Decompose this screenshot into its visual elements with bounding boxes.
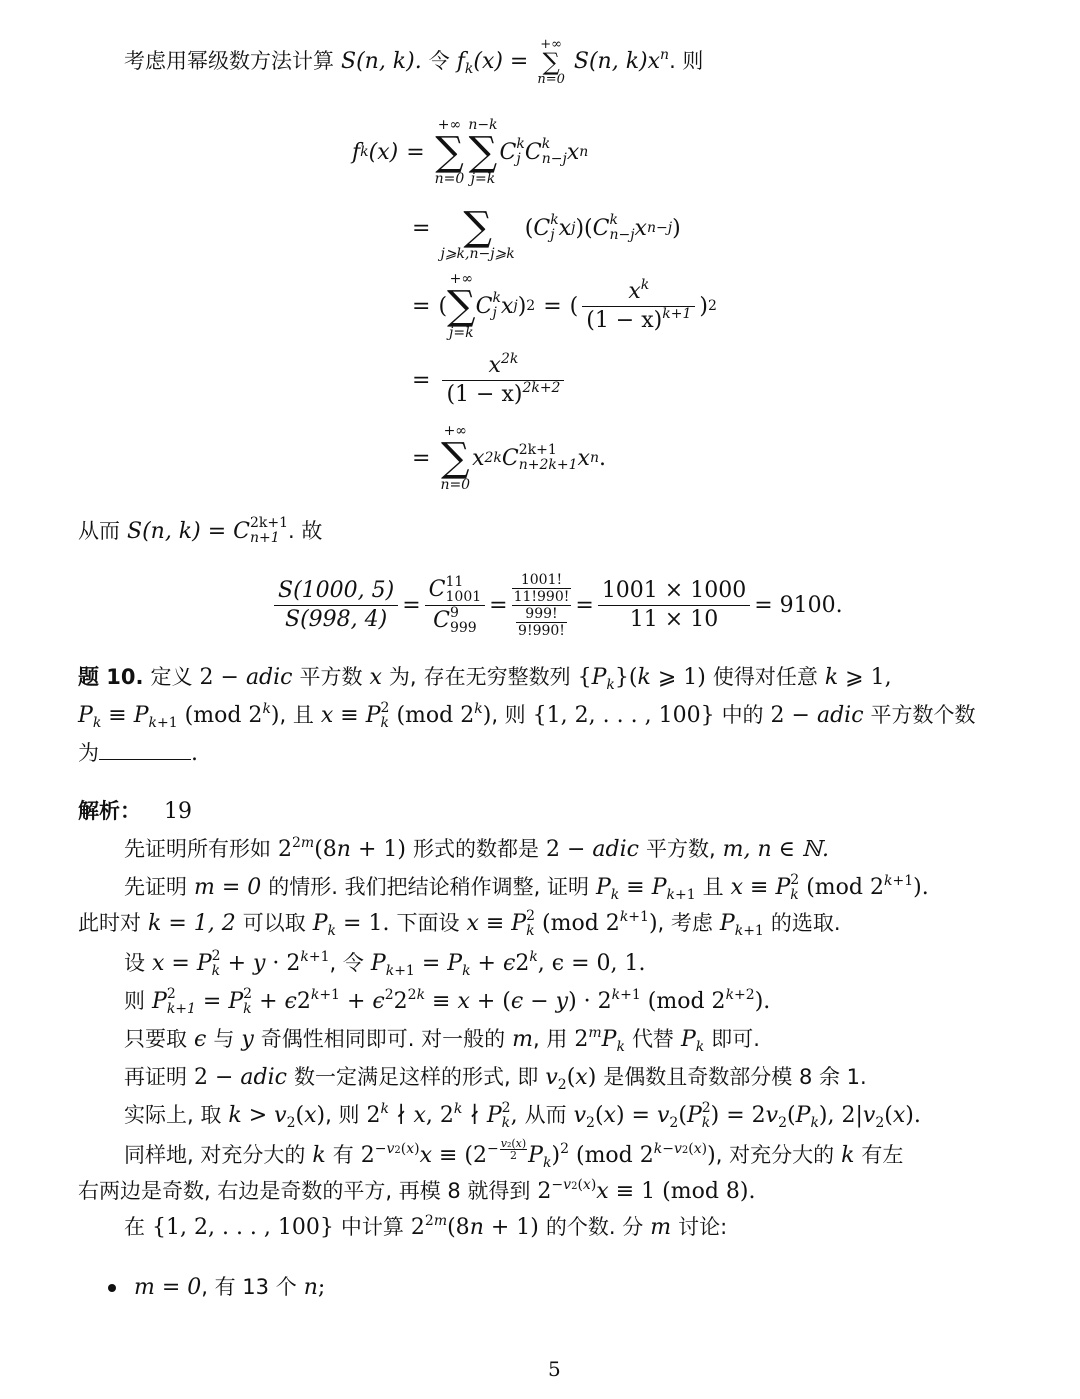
C: C	[525, 140, 542, 165]
text: 为,	[389, 665, 417, 689]
text: 平方数,	[646, 837, 716, 861]
equals: =	[412, 368, 430, 393]
fraction: C111001 C9999	[425, 575, 485, 636]
problem-label: 题 10.	[78, 665, 144, 689]
x: x	[578, 446, 590, 471]
adic: adic	[246, 665, 293, 690]
expr: k = 1, 2	[148, 911, 236, 936]
script: kn−j	[609, 213, 634, 243]
text: 代替	[632, 1027, 674, 1051]
text: , 考虑	[658, 911, 713, 935]
sup: k+1	[662, 306, 691, 322]
sum-body-sup: n	[660, 47, 669, 63]
script: 2k	[526, 909, 535, 939]
num: 1001 × 1000	[598, 577, 750, 605]
mod: mod	[815, 875, 863, 900]
text: 即可.	[711, 1027, 760, 1051]
num: 1001!	[519, 572, 564, 588]
text: 右两边是奇数, 右边是奇数的平方, 再模 8 就得到	[78, 1179, 530, 1203]
mod: mod	[405, 703, 453, 728]
lim: j=k	[471, 171, 496, 187]
fraction: xk (1 − x)k+1	[582, 278, 695, 335]
sub: 1001	[446, 590, 482, 605]
paren: (	[525, 216, 534, 241]
text: 平方数个数	[871, 703, 976, 727]
sup: 2k+1	[519, 443, 578, 458]
sup: 9	[450, 606, 477, 621]
sigma-glyph: ∑	[543, 51, 560, 73]
x: x	[628, 279, 640, 304]
bullet-item-1: m = 0, 有 13 个 n;	[108, 1272, 325, 1303]
problem-line-3: 为.	[78, 738, 198, 769]
sup: 2k+2	[522, 380, 560, 396]
sub: n−j	[542, 152, 567, 167]
C: C	[502, 446, 519, 471]
paren: )	[699, 294, 708, 319]
sup: n−j	[647, 220, 672, 236]
lhs-sub: k	[360, 144, 368, 160]
sigma-glyph: ∑	[441, 439, 470, 477]
text: 则	[338, 1103, 359, 1127]
mod: mod	[551, 911, 599, 936]
sum-j: n−k ∑ j=k	[468, 117, 497, 187]
text: 下面设	[396, 911, 459, 935]
derivation-row-5: = +∞ ∑ n=0 x2kC 2k+1n+2k+1 xn.	[412, 418, 606, 498]
den: 11 × 10	[626, 606, 722, 634]
sum-n: +∞ ∑ n=0	[435, 117, 465, 187]
text: 在	[124, 1215, 145, 1239]
derivation-row-3: = ( +∞ ∑ j=k C kj xj)2 = ( xk (1 − x)k+1…	[412, 266, 717, 346]
intro-ling: 令	[429, 49, 450, 73]
equals: =	[412, 446, 430, 471]
ratio-equation: S(1000, 5) S(998, 4) = C111001 C9999 = 1…	[270, 570, 843, 640]
text: 此时对	[78, 911, 141, 935]
solution-para-3: 此时对 k = 1, 2 可以取 Pk = 1. 下面设 x ≡ P2k (mo…	[78, 908, 841, 939]
C: C	[476, 294, 493, 319]
text: 从而	[525, 1103, 567, 1127]
C: C	[429, 577, 446, 602]
solution-para-8: 实际上, 取 k > v2(x), 则 2k ∤ x, 2k ∤ P2k, 从而…	[124, 1100, 921, 1131]
den-text: (1 − x)	[586, 308, 662, 333]
conclusion-line: 从而 S(n, k) = C2k+1n+1. 故	[78, 516, 322, 547]
equals: =	[575, 593, 593, 618]
sup: k	[542, 137, 567, 152]
text: , 则	[491, 703, 525, 727]
expr: m = 0	[134, 1275, 201, 1300]
sub: 999	[450, 621, 477, 636]
text: 数一定满足这样的形式, 即	[294, 1065, 538, 1089]
sub: n+1	[250, 531, 288, 546]
text: 实际上, 取	[124, 1103, 221, 1127]
sum-body: S(n, k)x	[574, 49, 660, 74]
paren: (	[438, 294, 447, 319]
solution-para-7: 再证明 2 − adic 数一定满足这样的形式, 即 v2(x) 是偶数且奇数部…	[124, 1062, 867, 1093]
sub: j	[550, 228, 558, 243]
intro-expr: S(n, k).	[341, 49, 422, 74]
x: x	[567, 140, 579, 165]
script: kj	[516, 137, 524, 167]
problem-line-1: 题 10. 定义 2 − adic 平方数 x 为, 存在无穷整数列 {Pk}(…	[78, 662, 892, 693]
sup: k	[609, 213, 634, 228]
text: 有左	[861, 1143, 903, 1167]
sup: k	[516, 137, 524, 152]
text: 奇偶性相同即可. 对一般的	[261, 1027, 505, 1051]
sup: n	[590, 450, 599, 466]
text: 同样地, 对充分大的	[124, 1143, 305, 1167]
paren: )	[518, 294, 527, 319]
sum-lower: n=0	[537, 73, 565, 86]
sup: 2k	[501, 351, 518, 367]
script: 2k+1n+2k+1	[519, 443, 578, 473]
text: 有	[333, 1143, 354, 1167]
text: 与	[213, 1027, 234, 1051]
mod: mod	[585, 1143, 633, 1168]
den-text: (1 − x)	[446, 382, 522, 407]
script: 2k+1n+1	[250, 516, 288, 546]
text: 则	[124, 989, 145, 1013]
solution-para-10: 右两边是奇数, 右边是奇数的平方, 再模 8 就得到 2−v2(x)x ≡ 1 …	[78, 1176, 756, 1207]
solution-para-5: 则 P2k+1 = P2k + ϵ2k+1 + ϵ222k ≡ x + (ϵ −…	[124, 986, 770, 1017]
period: .	[599, 446, 606, 471]
x: x	[472, 446, 484, 471]
adic: adic	[592, 837, 639, 862]
equals: =	[412, 294, 430, 319]
den: 9!990!	[516, 623, 567, 639]
script: 2k	[702, 1101, 711, 1131]
script: 111001	[446, 575, 482, 605]
text: 存在无穷整数列	[424, 665, 571, 689]
C: C	[433, 608, 450, 633]
script: kj	[492, 291, 500, 321]
fraction: 1001 × 1000 11 × 10	[598, 577, 750, 634]
script: 2k	[212, 949, 221, 979]
sigma-glyph: ∑	[435, 133, 464, 171]
sup: k	[550, 213, 558, 228]
sigma-glyph: ∑	[469, 133, 498, 171]
lim: j⩾k,n−j⩾k	[440, 246, 514, 262]
mod: mod	[656, 989, 704, 1014]
fraction: 999! 9!990!	[516, 606, 567, 639]
text: 中的	[722, 703, 764, 727]
sum-cond: ∑ j⩾k,n−j⩾k	[440, 208, 514, 262]
text: 平方数	[300, 665, 363, 689]
sub: n−j	[609, 228, 634, 243]
solution-para-1: 先证明所有形如 22m(8n + 1) 形式的数都是 2 − adic 平方数,…	[124, 834, 829, 865]
sigma-glyph: ∑	[463, 208, 492, 246]
text: 使得对任意	[713, 665, 818, 689]
sum-jk: +∞ ∑ j=k	[447, 271, 476, 341]
text: 先证明所有形如	[124, 837, 271, 861]
script: 2k	[502, 1101, 511, 1131]
text: 可以取	[243, 911, 306, 935]
derivation-row-4: = x2k (1 − x)2k+2	[412, 348, 568, 412]
x: x	[370, 665, 382, 690]
den: 11!990!	[512, 589, 572, 605]
bullet-icon	[108, 1284, 116, 1292]
sup: n	[579, 144, 588, 160]
fk-arg: (x) =	[473, 49, 528, 74]
sup: 11	[446, 575, 482, 590]
x: x	[501, 294, 513, 319]
C: C	[500, 140, 517, 165]
text: 从而	[78, 519, 120, 543]
solution-para-9: 同样地, 对充分大的 k 有 2−v2(x)x ≡ (2−v₂(x)2Pk)2 …	[124, 1138, 903, 1171]
lhs-f: f	[352, 140, 360, 165]
text: , 有 13 个	[201, 1275, 296, 1299]
equals: =	[412, 216, 430, 241]
adic: adic	[240, 1065, 287, 1090]
text: 中计算	[341, 1215, 404, 1239]
den: S(998, 4)	[285, 607, 387, 632]
sum-operator: +∞ ∑ n=0	[537, 38, 565, 86]
sup: 2k	[485, 450, 502, 466]
text: , 且	[280, 703, 314, 727]
problem-line-2: Pk ≡ Pk+1 (mod 2k), 且 x ≡ P2k (mod 2k), …	[78, 700, 976, 731]
solution-para-4: 设 x = P2k + y · 2k+1, 令 Pk+1 = Pk + ϵ2k,…	[124, 948, 646, 979]
fraction: S(1000, 5) S(998, 4)	[274, 577, 398, 634]
fraction: v₂(x)2	[500, 1138, 527, 1161]
intro-line: 考虑用幂级数方法计算 S(n, k). 令 fk(x) = +∞ ∑ n=0 S…	[124, 38, 703, 86]
sub: j	[492, 306, 500, 321]
text: 的个数. 分	[546, 1215, 643, 1239]
sigma-glyph: ∑	[447, 287, 476, 325]
script: 2k+1	[167, 987, 196, 1017]
paren: )(	[575, 216, 592, 241]
expr: = 1.	[343, 911, 389, 936]
text: 为	[78, 741, 99, 765]
script: kj	[550, 213, 558, 243]
solution-label: 解析：	[78, 799, 141, 823]
text: 定义	[151, 665, 193, 689]
text: . 故	[288, 519, 322, 543]
lim: n=0	[440, 477, 470, 493]
text: 先证明	[124, 875, 187, 899]
period: .	[191, 741, 198, 766]
paren: (	[570, 294, 579, 319]
script: 2k	[790, 873, 799, 903]
x: x	[489, 353, 501, 378]
sum-n: +∞ ∑ n=0	[440, 423, 470, 493]
fraction: 1001! 11!990! 999! 9!990!	[512, 572, 572, 639]
lhs-arg: (x)	[369, 140, 399, 165]
expr: m, n ∈ ℕ.	[723, 837, 829, 862]
text: 的选取.	[771, 911, 841, 935]
sup: k	[492, 291, 500, 306]
text: 只要取	[124, 1027, 187, 1051]
C: C	[593, 216, 610, 241]
solution-para-6: 只要取 ϵ 与 y 奇偶性相同即可. 对一般的 m, 用 2mPk 代替 Pk …	[124, 1024, 760, 1055]
text: , 对充分大的	[716, 1143, 834, 1167]
expr: m = 0	[194, 875, 261, 900]
intro-ze: . 则	[669, 49, 703, 73]
text: 且	[703, 875, 724, 899]
C: C	[533, 216, 550, 241]
text: , 用	[533, 1027, 567, 1051]
mod: mod	[193, 703, 241, 728]
sub: n+2k+1	[519, 458, 578, 473]
sub: j	[516, 152, 524, 167]
lim: n=0	[435, 171, 465, 187]
x: x	[635, 216, 647, 241]
fraction: x2k (1 − x)2k+2	[442, 352, 564, 409]
script: 9999	[450, 606, 477, 636]
equals: =	[406, 140, 424, 165]
text: 的情形. 我们把结论稍作调整, 证明	[268, 875, 589, 899]
fraction: 1001! 11!990!	[512, 572, 572, 605]
num: S(1000, 5)	[278, 578, 394, 603]
sup: k	[641, 277, 649, 293]
page-number: 5	[548, 1357, 561, 1381]
expr: S(n, k) = C	[127, 519, 250, 544]
result: = 9100.	[754, 593, 842, 618]
text: 形式的数都是	[413, 837, 539, 861]
solution-answer: 19	[164, 799, 192, 824]
solution-para-11: 在 {1, 2, . . . , 100} 中计算 22m(8n + 1) 的个…	[124, 1212, 727, 1243]
derivation-row-1: fk(x) = +∞ ∑ n=0 n−k ∑ j=k C kj C kn−j x…	[352, 112, 588, 192]
text: 再证明	[124, 1065, 187, 1089]
text: 是偶数且奇数部分模 8 余 1.	[603, 1065, 866, 1089]
intro-text: 考虑用幂级数方法计算	[124, 49, 334, 73]
equals: =	[402, 593, 420, 618]
mod: mod	[671, 1179, 719, 1204]
text: 设	[124, 951, 145, 975]
num: 999!	[523, 606, 559, 622]
solution-para-2: 先证明 m = 0 的情形. 我们把结论稍作调整, 证明 Pk ≡ Pk+1 且…	[124, 872, 929, 903]
paren: )	[672, 216, 681, 241]
adic: adic	[817, 703, 864, 728]
fk-symbol: f	[457, 49, 465, 74]
text: , 令	[330, 951, 364, 975]
solution-header: 解析： 19	[78, 796, 192, 827]
derivation-row-2: = ∑ j⩾k,n−j⩾k (C kj xj)(C kn−j xn−j)	[412, 196, 681, 260]
text: 讨论:	[678, 1215, 727, 1239]
sup: 2k+1	[250, 516, 288, 531]
lim: j=k	[449, 325, 474, 341]
script: 2k	[243, 987, 252, 1017]
x: x	[559, 216, 571, 241]
equals: =	[543, 294, 561, 319]
answer-blank	[99, 739, 191, 760]
script: 2k	[381, 701, 390, 731]
expr: , ϵ = 0, 1.	[538, 951, 646, 976]
equals: =	[489, 593, 507, 618]
script: kn−j	[542, 137, 567, 167]
